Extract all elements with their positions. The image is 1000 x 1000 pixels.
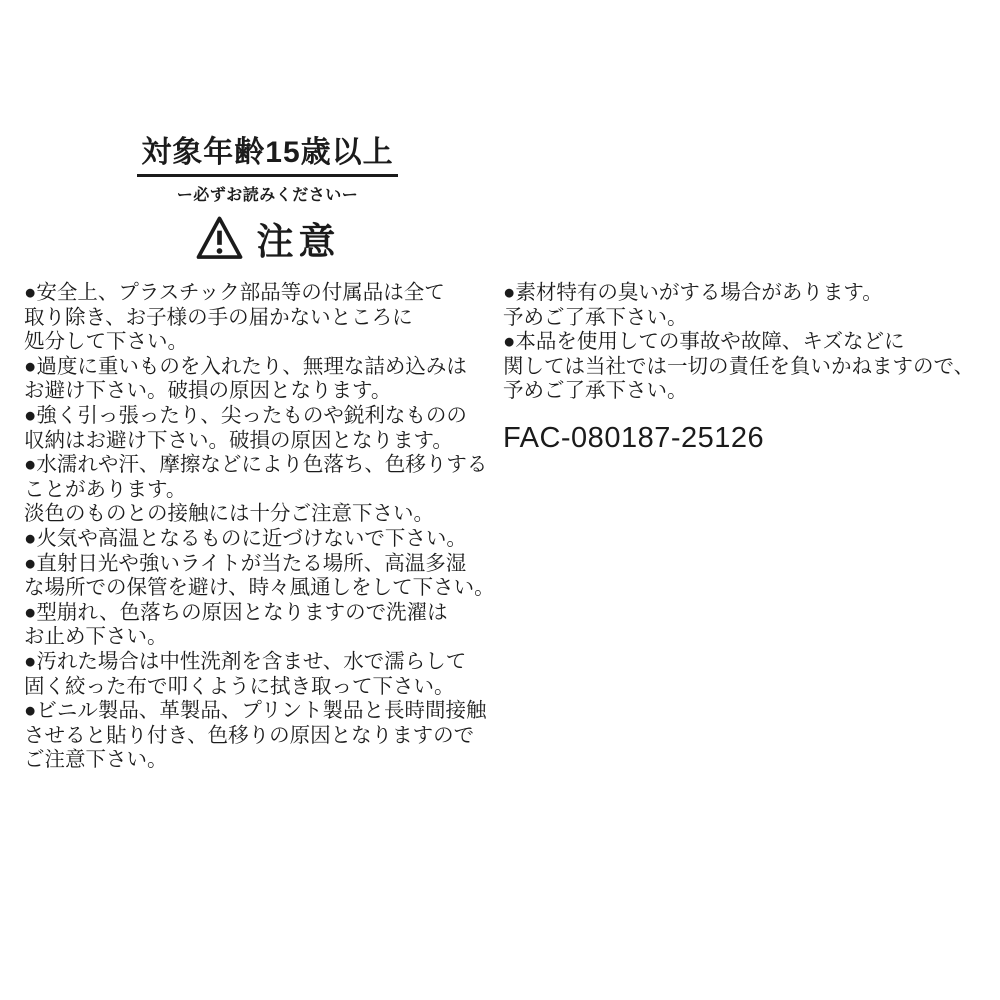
notice-line: ●ビニル製品、革製品、プリント製品と長時間接触 [24,699,509,724]
left-column: ●安全上、プラスチック部品等の付属品は全て取り除き、お子様の手の届かないところに… [24,281,509,773]
notice-line: な場所での保管を避け、時々風通しをして下さい。 [24,576,509,601]
notice-line: 固く絞った布で叩くように拭き取って下さい。 [24,675,509,700]
caution-row: 注意 [100,211,435,265]
header: 対象年齢15歳以上 ー必ずお読みくださいー 注意 [100,127,435,265]
caution-sheet: 対象年齢15歳以上 ー必ずお読みくださいー 注意 ●安全上、プラスチック部品等の… [0,0,1000,1000]
age-restriction-wrap: 対象年齢15歳以上 [100,127,435,177]
notice-line: 収納はお避け下さい。破損の原因となります。 [24,429,509,454]
notice-line: お避け下さい。破損の原因となります。 [24,379,509,404]
notice-line: 取り除き、お子様の手の届かないところに [24,306,509,331]
notice-line: 予めご了承下さい。 [503,306,988,331]
notice-line: 淡色のものとの接触には十分ご注意下さい。 [24,502,509,527]
notice-line: ●水濡れや汗、摩擦などにより色落ち、色移りする [24,453,509,478]
notice-line: ●本品を使用しての事故や故障、キズなどに [503,330,988,355]
notice-line: 関しては当社では一切の責任を負いかねますので、 [503,355,988,380]
notice-line: ●過度に重いものを入れたり、無理な詰め込みは [24,355,509,380]
caution-title: 注意 [257,211,341,265]
notice-line: 予めご了承下さい。 [503,379,988,404]
notice-line: ご注意下さい。 [24,748,509,773]
age-restriction-title: 対象年齢15歳以上 [137,127,397,177]
warning-triangle-icon [195,215,244,261]
read-notice: ー必ずお読みくださいー [100,182,435,205]
notice-line: ●強く引っ張ったり、尖ったものや鋭利なものの [24,404,509,429]
notice-line: お止め下さい。 [24,625,509,650]
notice-line: ●火気や高温となるものに近づけないで下さい。 [24,527,509,552]
notice-line: ●型崩れ、色落ちの原因となりますので洗濯は [24,601,509,626]
notice-line: ことがあります。 [24,478,509,503]
product-code: FAC-080187-25126 [503,426,988,451]
notice-line: ●直射日光や強いライトが当たる場所、高温多湿 [24,552,509,577]
right-column: ●素材特有の臭いがする場合があります。予めご了承下さい。●本品を使用しての事故や… [503,281,988,451]
notice-line: させると貼り付き、色移りの原因となりますので [24,724,509,749]
notice-line: ●素材特有の臭いがする場合があります。 [503,281,988,306]
notice-line: ●安全上、プラスチック部品等の付属品は全て [24,281,509,306]
notice-line: 処分して下さい。 [24,330,509,355]
right-column-lines: ●素材特有の臭いがする場合があります。予めご了承下さい。●本品を使用しての事故や… [503,281,988,404]
notice-line: ●汚れた場合は中性洗剤を含ませ、水で濡らして [24,650,509,675]
